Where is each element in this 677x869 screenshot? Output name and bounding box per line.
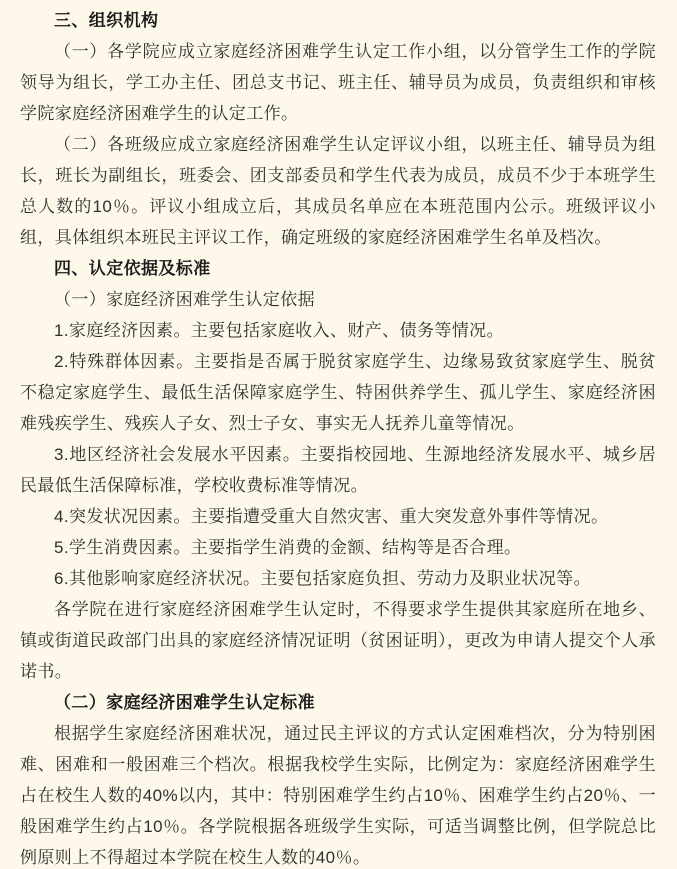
paragraph: 3.地区经济社会发展水平因素。主要指校园地、生源地经济发展水平、城乡居民最低生活… — [20, 439, 656, 501]
chapter-heading: 四、认定依据及标准 — [20, 253, 656, 284]
paragraph: 1.家庭经济因素。主要包括家庭收入、财产、债务等情况。 — [20, 315, 656, 346]
paragraph: 2.特殊群体因素。主要指是否属于脱贫家庭学生、边缘易致贫家庭学生、脱贫不稳定家庭… — [20, 346, 656, 439]
paragraph: 各学院在进行家庭经济困难学生认定时，不得要求学生提供其家庭所在地乡、镇或街道民政… — [20, 594, 656, 687]
document-page: 三、组织机构（一）各学院应成立家庭经济困难学生认定工作小组，以分管学生工作的学院… — [0, 0, 677, 869]
paragraph: （一）各学院应成立家庭经济困难学生认定工作小组，以分管学生工作的学院领导为组长，… — [20, 36, 656, 129]
paragraph: 根据学生家庭经济困难状况，通过民主评议的方式认定困难档次，分为特别困难、困难和一… — [20, 718, 656, 869]
paragraph: 4.突发状况因素。主要指遭受重大自然灾害、重大突发意外事件等情况。 — [20, 501, 656, 532]
sub-heading: （二）家庭经济困难学生认定标准 — [20, 687, 656, 718]
paragraph: （二）各班级应成立家庭经济困难学生认定评议小组，以班主任、辅导员为组长，班长为副… — [20, 129, 656, 253]
paragraph: 6.其他影响家庭经济状况。主要包括家庭负担、劳动力及职业状况等。 — [20, 563, 656, 594]
paragraph: 5.学生消费因素。主要指学生消费的金额、结构等是否合理。 — [20, 532, 656, 563]
chapter-heading: 三、组织机构 — [20, 5, 656, 36]
document-body: 三、组织机构（一）各学院应成立家庭经济困难学生认定工作小组，以分管学生工作的学院… — [20, 5, 656, 869]
sub-heading: （一）家庭经济困难学生认定依据 — [20, 284, 656, 315]
